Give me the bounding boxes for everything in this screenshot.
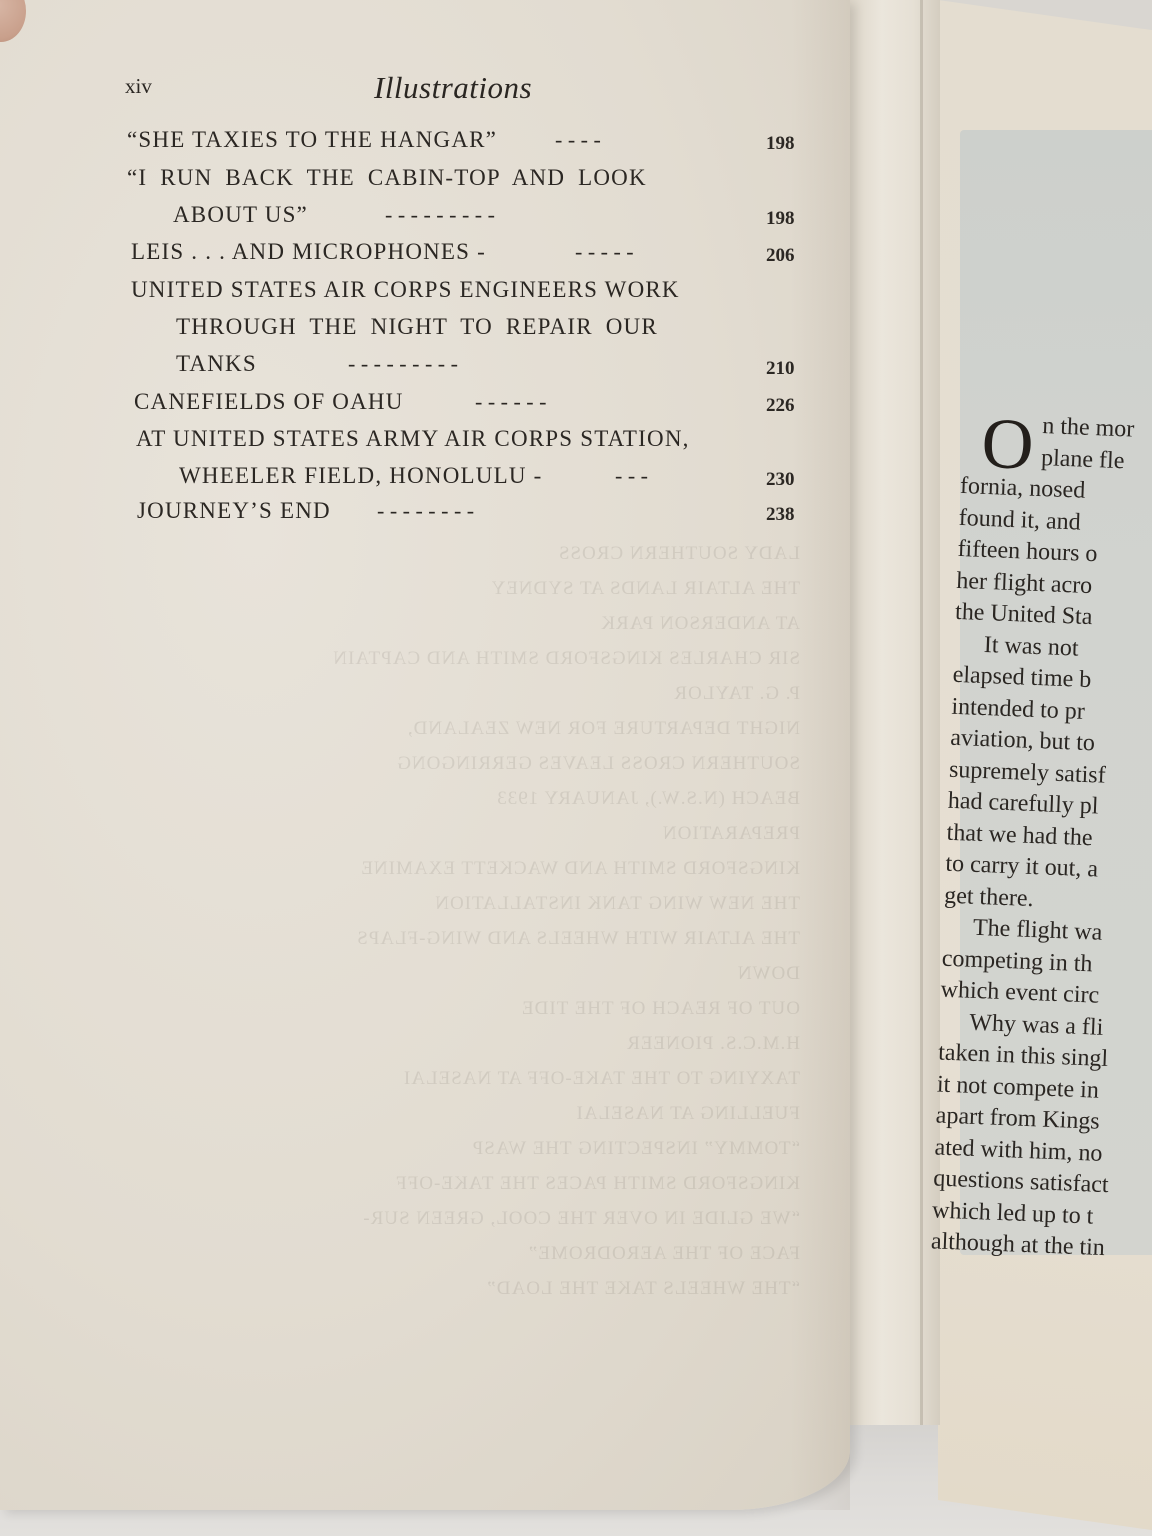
- entry-page-number: 198: [766, 208, 795, 230]
- entry-leader: - - - - - - - - -: [348, 351, 458, 377]
- illustration-entry: “SHE TAXIES TO THE HANGAR” - - - - 198: [0, 127, 1152, 165]
- entry-caption: JOURNEY’S END: [137, 498, 331, 524]
- drop-cap: O: [981, 415, 1035, 473]
- entry-page-number: 230: [766, 469, 795, 491]
- entry-caption: AT UNITED STATES ARMY AIR CORPS STATION,: [136, 426, 690, 452]
- page-title: Illustrations: [374, 70, 532, 106]
- entry-caption: LEIS . . . AND MICROPHONES -: [131, 239, 486, 265]
- entry-caption-continued: TANKS: [176, 351, 257, 377]
- entry-page-number: 206: [766, 245, 795, 267]
- page-number: xiv: [125, 74, 152, 99]
- entry-caption: CANEFIELDS OF OAHU: [134, 389, 404, 415]
- illustration-entry: UNITED STATES AIR CORPS ENGINEERS WORK T…: [0, 277, 1152, 391]
- entry-caption-continued: THROUGH THE NIGHT TO REPAIR OUR: [176, 314, 658, 340]
- entry-leader: - - - - - - - - -: [385, 202, 495, 228]
- entry-leader: - - - - - -: [475, 389, 546, 415]
- entry-page-number: 210: [766, 358, 795, 380]
- entry-leader: - - - -: [555, 127, 601, 153]
- entry-caption-continued: WHEELER FIELD, HONOLULU -: [179, 463, 542, 489]
- thumb: [0, 0, 26, 42]
- entry-caption: “SHE TAXIES TO THE HANGAR”: [127, 127, 497, 153]
- chapter-body-text: O n the mor plane fle fornia, nosed foun…: [930, 408, 1152, 1267]
- bleed-through-text: LADY SOUTHERN CROSS THE ALTAIR LANDS AT …: [200, 536, 800, 1306]
- illustration-entry: LEIS . . . AND MICROPHONES - - - - - - 2…: [0, 239, 1152, 277]
- entry-page-number: 226: [766, 395, 795, 417]
- entry-leader: - - - - -: [575, 239, 634, 265]
- illustration-entry: “I RUN BACK THE CABIN-TOP AND LOOK ABOUT…: [0, 165, 1152, 241]
- entry-page-number: 198: [766, 133, 795, 155]
- entry-caption: “I RUN BACK THE CABIN-TOP AND LOOK: [127, 165, 647, 191]
- left-page: LADY SOUTHERN CROSS THE ALTAIR LANDS AT …: [0, 0, 850, 1510]
- entry-caption: UNITED STATES AIR CORPS ENGINEERS WORK: [131, 277, 680, 303]
- entry-page-number: 238: [766, 504, 795, 526]
- entry-caption-continued: ABOUT US”: [173, 202, 308, 228]
- entry-leader: - - - - - - - -: [377, 498, 474, 524]
- entry-leader: - - -: [615, 463, 648, 489]
